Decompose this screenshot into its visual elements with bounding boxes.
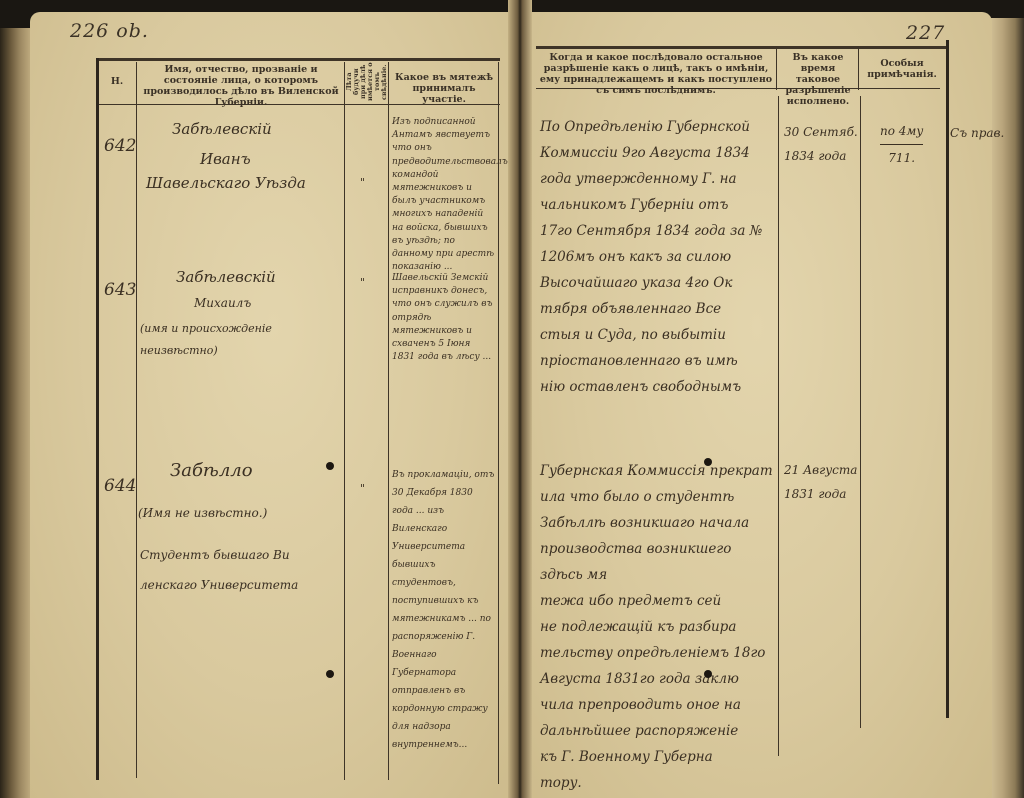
binding-hole (326, 670, 334, 678)
resolution-line: чила препроводить оное на (540, 692, 776, 718)
resolution-line: дальнѣйшее распоряженіе (540, 718, 776, 744)
executed-line: 1831 года (784, 482, 857, 506)
entry-participation: Въ прокламаціи, отъ 30 Декабря 1830 года… (392, 466, 496, 754)
header-name: Имя, отчество, прозваніе и состояніе лиц… (140, 64, 342, 108)
resolution-line: пріостановленнаго въ имѣ (540, 348, 776, 374)
column-rule (498, 62, 499, 784)
entry-resolution: По Опредѣленію Губернской Коммиссіи 9го … (540, 114, 776, 400)
header-age: Лѣта будучи при дѣлѣ имѣется о томъ свѣд… (346, 62, 386, 102)
column-rule (776, 48, 777, 90)
entry-name-line: Шавельскаго Уѣзда (146, 174, 306, 192)
executed-date: 30 Сентяб. 1834 года (784, 120, 858, 168)
entry-name-line: неизвѣстно) (140, 344, 218, 357)
resolution-line: ила что было о студентѣ (540, 484, 776, 510)
resolution-line: Коммиссіи 9го Августа 1834 (540, 140, 776, 166)
resolution-line: нію оставленъ свободнымъ (540, 374, 776, 400)
resolution-line: 17го Сентября 1834 года за № (540, 218, 776, 244)
resolution-line: 1206мъ онъ какъ за силою (540, 244, 776, 270)
executed-date: 21 Августа 1831 года (784, 458, 857, 506)
executed-line: 21 Августа (784, 458, 857, 482)
ledger-spread: 226 ob. 227 Н. Имя, отчество, прозваніе … (0, 0, 1024, 798)
resolution-line: тельству опредѣленіемъ 18го (540, 640, 776, 666)
column-rule (858, 48, 859, 90)
reference-line: 711. (880, 145, 923, 171)
header-remarks: Особыя примѣчанія. (860, 58, 944, 80)
header-resolution: Когда и какое послѣдовало остальное разр… (536, 52, 776, 96)
binding-hole (704, 458, 712, 466)
header-top-rule (536, 46, 948, 49)
entry-participation: Шавельскій Земскій исправникъ донесъ, чт… (392, 272, 496, 364)
resolution-line: стыя и Суда, по выбытіи (540, 322, 776, 348)
left-border-rule (96, 58, 99, 780)
folio-number-left: 226 ob. (70, 20, 149, 42)
column-rule (388, 62, 389, 780)
executed-line: 1834 года (784, 144, 858, 168)
entry-name-line: Забѣлло (170, 460, 253, 481)
resolution-line: чальникомъ Губерніи отъ (540, 192, 776, 218)
book-gutter (508, 0, 532, 798)
right-border-rule (946, 40, 949, 718)
margin-note: Съ прав. (950, 126, 1004, 140)
resolution-line: производства возникшего здѣсь мя (540, 536, 776, 588)
header-participation: Какое въ мятежѣ принималъ участіе. (392, 72, 496, 105)
executed-line: 30 Сентяб. (784, 120, 858, 144)
resolution-line: къ Г. Военному Губерна (540, 744, 776, 770)
resolution-line: не подлежащій къ разбира (540, 614, 776, 640)
ditto-mark: " (360, 482, 365, 495)
entry-name-line: ленскаго Университета (140, 578, 298, 592)
resolution-line: Губернская Коммиссія прекрат (540, 458, 776, 484)
entry-number: 644 (104, 476, 136, 496)
column-rule (778, 96, 779, 756)
entry-number: 643 (104, 280, 136, 300)
resolution-line: Августа 1831го года заклю (540, 666, 776, 692)
resolution-line: тября объявленнаго Все (540, 296, 776, 322)
resolution-line: года утвержденному Г. на (540, 166, 776, 192)
entry-name-line: Забѣлевскій (172, 120, 272, 138)
binding-hole (326, 462, 334, 470)
column-rule (344, 62, 345, 780)
entry-resolution: Губернская Коммиссія прекрат ила что был… (540, 458, 776, 796)
entry-participation: Изъ подписанной Антамъ явствуетъ что онъ… (392, 116, 496, 274)
entry-name-line: Забѣлевскій (176, 268, 276, 286)
resolution-line: тору. (540, 770, 776, 796)
column-rule (136, 62, 137, 778)
entry-name-line: Михаилъ (194, 296, 251, 310)
resolution-line: Высочайшаго указа 4го Ок (540, 270, 776, 296)
entry-name-line: (имя и происхожденіе (140, 322, 272, 335)
resolution-line: По Опредѣленію Губернской (540, 114, 776, 140)
reference-number: по 4му 711. (880, 118, 923, 171)
reference-line: по 4му (880, 118, 923, 145)
ditto-mark: " (360, 276, 365, 289)
ditto-mark: " (360, 176, 365, 189)
entry-name-line: Студентъ бывшаго Ви (140, 548, 290, 562)
binding-hole (704, 670, 712, 678)
folio-number-right: 227 (906, 22, 945, 44)
resolution-line: тежа ибо предметъ сей (540, 588, 776, 614)
entry-number: 642 (104, 136, 136, 156)
header-number: Н. (100, 76, 134, 87)
resolution-line: Забѣллѣ возникшаго начала (540, 510, 776, 536)
entry-name-line: (Имя не извѣстно.) (138, 506, 267, 520)
column-rule (860, 96, 861, 728)
entry-name-line: Иванъ (200, 150, 251, 168)
header-executed-when: Въ какое время таковое разрѣшеніе исполн… (778, 52, 858, 107)
header-top-rule (98, 58, 500, 61)
